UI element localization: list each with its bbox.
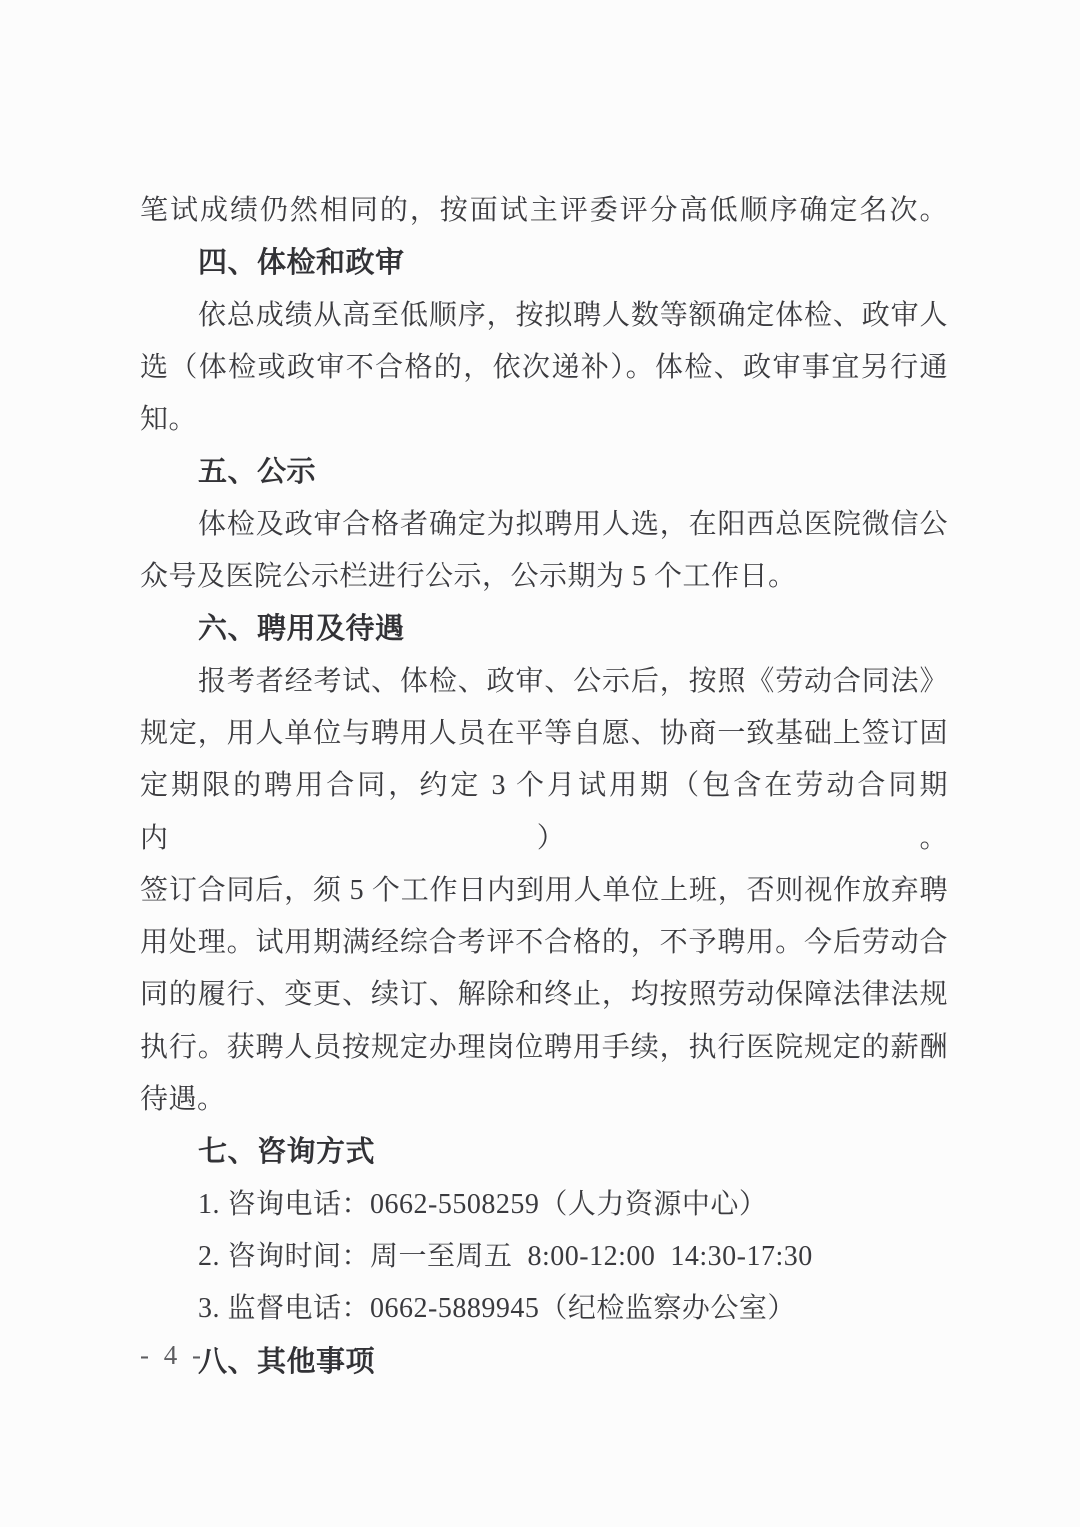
body-line: 选（体检或政审不合格的，依次递补）。体检、政审事宜另行通: [140, 342, 948, 394]
body-line: 体检及政审合格者确定为拟聘用人选，在阳西总医院微信公: [140, 499, 948, 551]
body-line: 报考者经考试、体检、政审、公示后，按照《劳动合同法》: [140, 656, 948, 708]
contact-hours-line: 2. 咨询时间：周一至周五 8:00-12:00 14:30-17:30: [140, 1231, 948, 1283]
body-line: 依总成绩从高至低顺序，按拟聘人数等额确定体检、政审人: [140, 290, 948, 342]
page-number: - 4 -: [140, 1338, 205, 1372]
body-line: 笔试成绩仍然相同的，按面试主评委评分高低顺序确定名次。: [140, 185, 948, 237]
contact-phone-line: 1. 咨询电话：0662-5508259（人力资源中心）: [140, 1179, 948, 1231]
body-line: 签订合同后，须 5 个工作日内到用人单位上班，否则视作放弃聘: [140, 865, 948, 917]
section-heading-6: 六、聘用及待遇: [140, 603, 948, 655]
supervision-phone-line: 3. 监督电话：0662-5889945（纪检监察办公室）: [140, 1283, 948, 1335]
body-line: 待遇。: [140, 1074, 948, 1126]
body-line: 同的履行、变更、续订、解除和终止，均按照劳动保障法律法规: [140, 969, 948, 1021]
section-heading-8: 八、其他事项: [140, 1336, 948, 1388]
body-line: 定期限的聘用合同，约定 3 个月试用期（包含在劳动合同期内）。: [140, 760, 948, 865]
body-line: 规定，用人单位与聘用人员在平等自愿、协商一致基础上签订固: [140, 708, 948, 760]
section-heading-5: 五、公示: [140, 446, 948, 498]
body-line: 执行。获聘人员按规定办理岗位聘用手续，执行医院规定的薪酬: [140, 1022, 948, 1074]
body-line: 知。: [140, 394, 948, 446]
document-page: 笔试成绩仍然相同的，按面试主评委评分高低顺序确定名次。 四、体检和政审 依总成绩…: [0, 0, 1080, 1527]
body-line: 众号及医院公示栏进行公示，公示期为 5 个工作日。: [140, 551, 948, 603]
section-heading-7: 七、咨询方式: [140, 1126, 948, 1178]
body-line: 用处理。试用期满经综合考评不合格的，不予聘用。今后劳动合: [140, 917, 948, 969]
document-body: 笔试成绩仍然相同的，按面试主评委评分高低顺序确定名次。 四、体检和政审 依总成绩…: [140, 185, 948, 1388]
section-heading-4: 四、体检和政审: [140, 237, 948, 289]
